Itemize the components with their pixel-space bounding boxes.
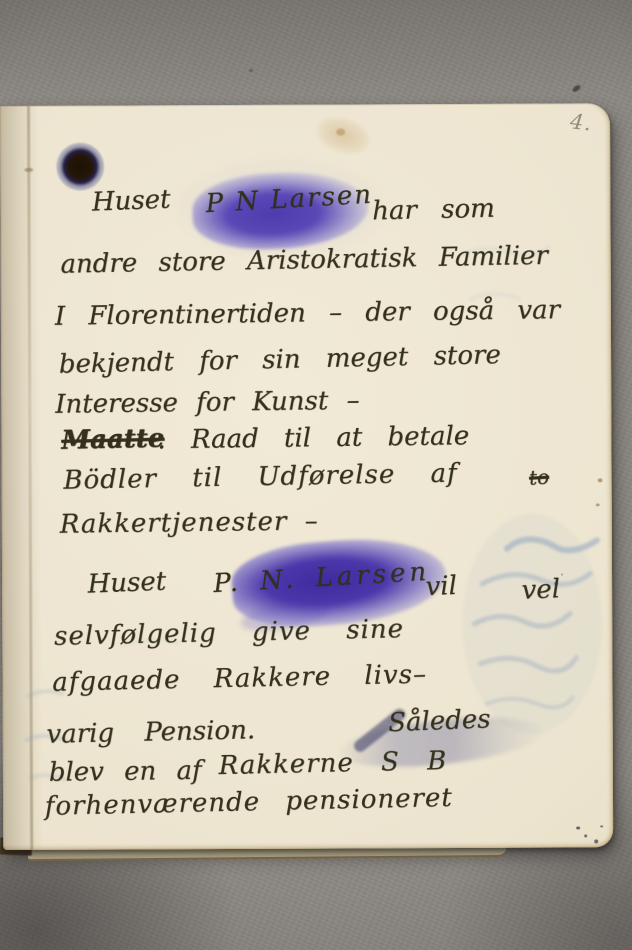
page-number: 4. xyxy=(569,109,594,135)
handwritten-words: Rakkerne S B xyxy=(218,746,447,781)
handwritten-line: afgaaede Rakkere livs– xyxy=(52,660,427,698)
paper-stain xyxy=(312,111,374,160)
handwritten-words: har som xyxy=(372,194,495,227)
stain-speck xyxy=(598,478,603,482)
paper-notch xyxy=(24,168,33,172)
background-speck xyxy=(249,69,253,72)
handwritten-line: bekjendt for sin meget store xyxy=(59,340,502,380)
notebook-page: 4. Huset P N Larsen har som andre store … xyxy=(0,103,613,850)
paper-stain-dot xyxy=(336,128,345,135)
background-speck xyxy=(571,84,581,93)
binding-gutter-shading xyxy=(0,106,47,850)
handwritten-line: Bödler til Udførelse af xyxy=(63,459,458,496)
handwritten-line: . Raad til at betale xyxy=(157,421,469,455)
manuscript-photo: 4. Huset P N Larsen har som andre store … xyxy=(0,0,632,950)
handwritten-line: forhenværende pensioneret xyxy=(44,783,453,822)
handwritten-word-struck: Maatte xyxy=(61,423,165,455)
handwritten-line: andre store Aristokratisk Familier xyxy=(60,241,548,280)
handwritten-word: Huset xyxy=(91,185,171,218)
stain-speck xyxy=(596,503,600,506)
purple-speck xyxy=(561,574,563,576)
ink-speck xyxy=(584,834,587,837)
handwritten-words: varig Pension. xyxy=(46,715,255,750)
handwritten-line: Interesse for Kunst – xyxy=(55,386,360,420)
ink-speck xyxy=(600,825,603,827)
handwritten-word: vel xyxy=(521,574,561,605)
handwritten-word: Således xyxy=(388,704,491,738)
handwritten-line: selvfølgelig give sine xyxy=(54,614,405,652)
handwritten-words: blev en af xyxy=(49,756,202,788)
handwritten-word-struck: to xyxy=(528,465,549,490)
handwritten-word: vil xyxy=(425,571,457,602)
handwritten-line: Rakkertjenester – xyxy=(60,506,319,539)
ink-speck xyxy=(576,826,580,829)
ink-blot xyxy=(56,143,104,191)
handwritten-word: Huset xyxy=(87,567,167,600)
handwritten-line: I Florentinertiden – der også var xyxy=(55,295,561,332)
ink-speck xyxy=(594,839,598,843)
